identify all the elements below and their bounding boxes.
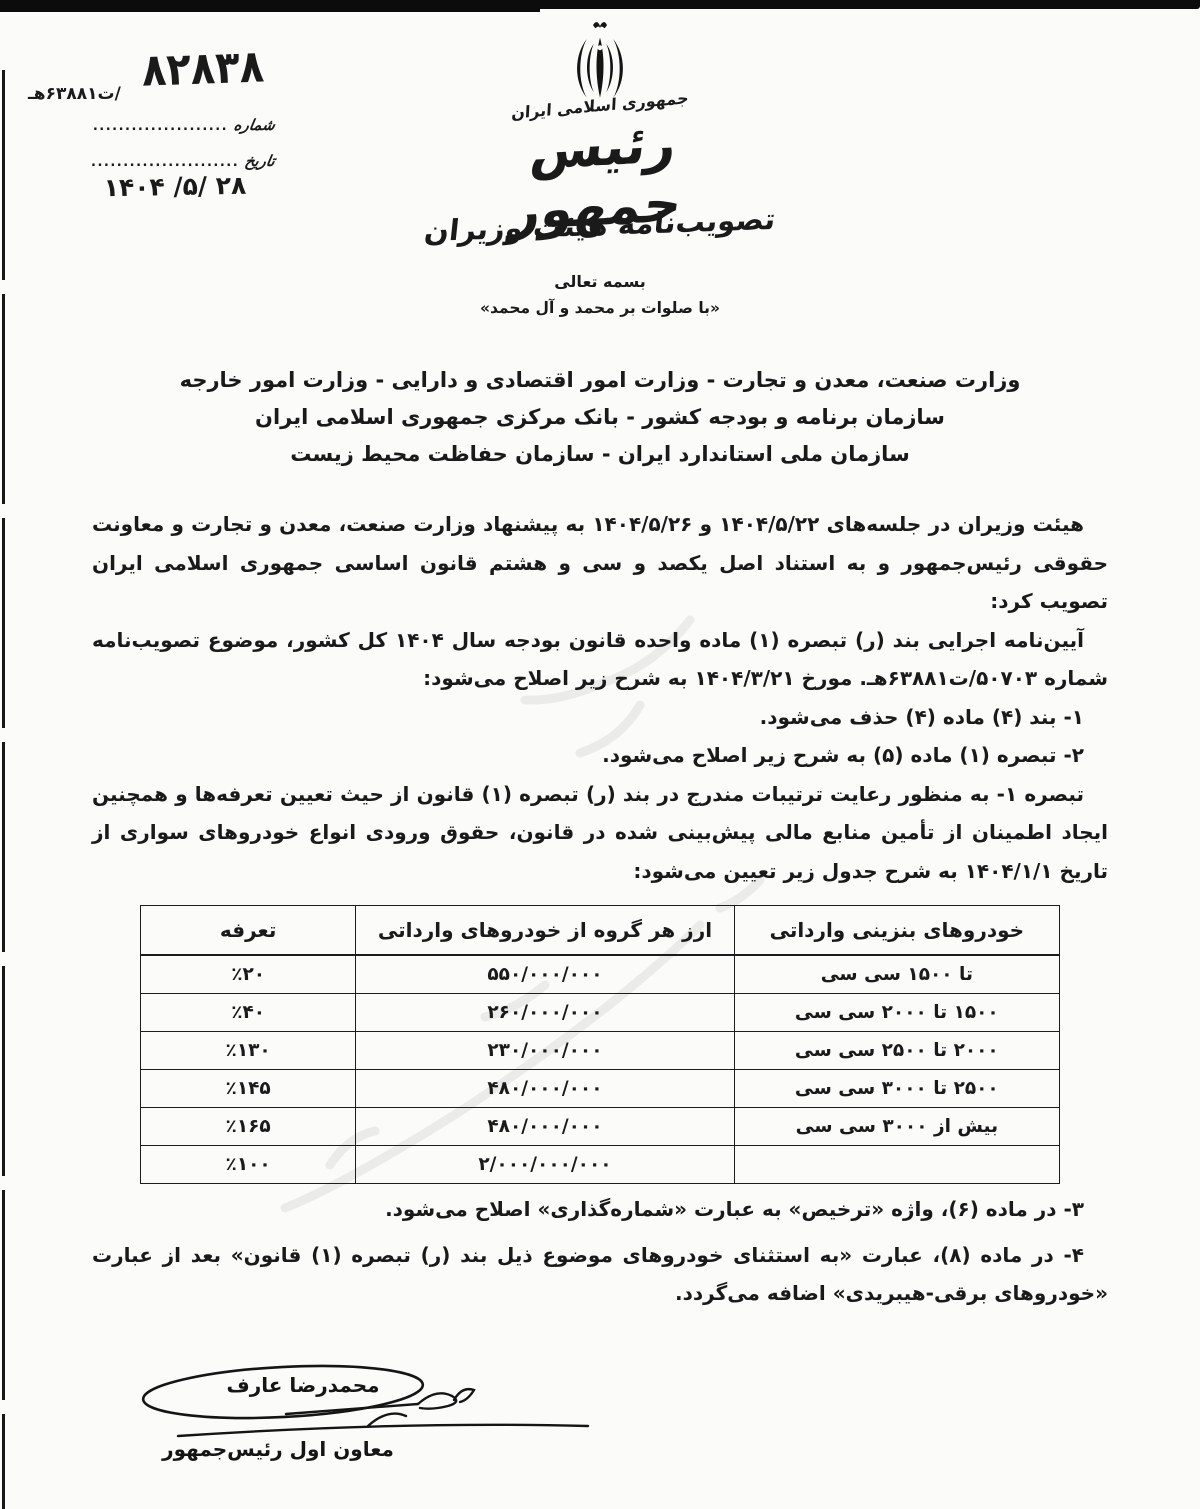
- scan-edge-top-2: [0, 9, 540, 12]
- date-field: تاریخ ........................: [90, 152, 275, 170]
- cell-currency: ۴۸۰/۰۰۰/۰۰۰: [356, 1070, 734, 1108]
- decree-document-page: جمهوری اسلامی ایران رئیس جمهور تصویب‌نام…: [0, 0, 1200, 1509]
- cell-currency: ۴۸۰/۰۰۰/۰۰۰: [356, 1108, 734, 1146]
- cell-tariff: ٪۱۳۰: [141, 1032, 356, 1070]
- table-row: ۲/۰۰۰/۰۰۰/۰۰۰٪۱۰۰: [141, 1146, 1060, 1184]
- cell-category: [734, 1146, 1059, 1184]
- handwritten-date: ۱۴۰۴ /۵/ ۲۸: [100, 171, 250, 203]
- decree-body-text: هیئت وزیران در جلسه‌های ۱۴۰۴/۵/۲۲ و ۱۴۰۴…: [92, 505, 1108, 890]
- cell-tariff: ٪۲۰: [141, 955, 356, 994]
- cell-currency: ۵۵۰/۰۰۰/۰۰۰: [356, 955, 734, 994]
- handwritten-ref-number: ۸۲۸۳۸: [127, 41, 279, 98]
- cell-tariff: ٪۱۶۵: [141, 1108, 356, 1146]
- cell-currency: ۲۶۰/۰۰۰/۰۰۰: [356, 994, 734, 1032]
- signature-block: محمدرضا عارف معاون اول رئیس‌جمهور: [118, 1352, 658, 1492]
- cell-tariff: ٪۴۰: [141, 994, 356, 1032]
- cell-category: بیش از ۳۰۰۰ سی سی: [734, 1108, 1059, 1146]
- scan-edge-top: [0, 0, 1200, 9]
- table-row: ۱۵۰۰ تا ۲۰۰۰ سی سی۲۶۰/۰۰۰/۰۰۰٪۴۰: [141, 994, 1060, 1032]
- signer-title: معاون اول رئیس‌جمهور: [161, 1437, 394, 1461]
- table-row: تا ۱۵۰۰ سی سی۵۵۰/۰۰۰/۰۰۰٪۲۰: [141, 955, 1060, 994]
- cell-category: تا ۱۵۰۰ سی سی: [734, 955, 1059, 994]
- table-row: ۲۰۰۰ تا ۲۵۰۰ سی سی۲۳۰/۰۰۰/۰۰۰٪۱۳۰: [141, 1032, 1060, 1070]
- cell-currency: ۲۳۰/۰۰۰/۰۰۰: [356, 1032, 734, 1070]
- clause-3: ۳- در ماده (۶)، واژه «ترخیص» به عبارت «ش…: [92, 1190, 1108, 1229]
- ref-number-suffix: /ت۶۳۸۸۱هـ: [28, 84, 143, 104]
- table-header-row: خودروهای بنزینی وارداتی ارز هر گروه از خ…: [141, 906, 1060, 956]
- date-dotted-line: ........................: [90, 155, 239, 170]
- cell-category: ۱۵۰۰ تا ۲۰۰۰ سی سی: [734, 994, 1059, 1032]
- number-field: شماره ........................: [90, 116, 275, 134]
- column-header-currency: ارز هر گروه از خودروهای وارداتی: [356, 906, 734, 956]
- tariff-table-body: تا ۱۵۰۰ سی سی۵۵۰/۰۰۰/۰۰۰٪۲۰۱۵۰۰ تا ۲۰۰۰ …: [141, 955, 1060, 1184]
- cell-category: ۲۰۰۰ تا ۲۵۰۰ سی سی: [734, 1032, 1059, 1070]
- cell-currency: ۲/۰۰۰/۰۰۰/۰۰۰: [356, 1146, 734, 1184]
- recipients-block: وزارت صنعت، معدن و تجارت - وزارت امور اق…: [100, 362, 1100, 473]
- signer-name: محمدرضا عارف: [227, 1373, 380, 1397]
- column-header-category: خودروهای بنزینی وارداتی: [734, 906, 1059, 956]
- decree-body-text-2: ۳- در ماده (۶)، واژه «ترخیص» به عبارت «ش…: [92, 1190, 1108, 1313]
- clause-4: ۴- در ماده (۸)، عبارت «به استثنای خودروه…: [92, 1236, 1108, 1313]
- note-1: تبصره ۱- به منظور رعایت ترتیبات مندرج در…: [92, 775, 1108, 891]
- column-header-tariff: تعرفه: [141, 906, 356, 956]
- cell-tariff: ٪۱۴۵: [141, 1070, 356, 1108]
- table-row: بیش از ۳۰۰۰ سی سی۴۸۰/۰۰۰/۰۰۰٪۱۶۵: [141, 1108, 1060, 1146]
- iran-national-emblem-icon: [558, 22, 642, 100]
- number-label: شماره: [232, 116, 276, 134]
- table-row: ۲۵۰۰ تا ۳۰۰۰ سی سی۴۸۰/۰۰۰/۰۰۰٪۱۴۵: [141, 1070, 1060, 1108]
- cell-tariff: ٪۱۰۰: [141, 1146, 356, 1184]
- date-label: تاریخ: [244, 152, 277, 170]
- recipient-line: سازمان برنامه و بودجه کشور - بانک مرکزی …: [100, 399, 1100, 436]
- number-dotted-line: ........................: [90, 119, 228, 134]
- clause-1: ۱- بند (۴) ماده (۴) حذف می‌شود.: [92, 698, 1108, 737]
- salawat-line: «با صلوات بر محمد و آل محمد»: [450, 299, 750, 317]
- basmala-line: بسمه تعالی: [500, 272, 700, 291]
- scan-edge-left: [2, 70, 5, 1509]
- cell-category: ۲۵۰۰ تا ۳۰۰۰ سی سی: [734, 1070, 1059, 1108]
- paragraph-preamble: هیئت وزیران در جلسه‌های ۱۴۰۴/۵/۲۲ و ۱۴۰۴…: [92, 505, 1108, 621]
- recipient-line: سازمان ملی استاندارد ایران - سازمان حفاظ…: [100, 436, 1100, 473]
- paragraph-amendment-intro: آیین‌نامه اجرایی بند (ر) تبصره (۱) ماده …: [92, 621, 1108, 698]
- recipient-line: وزارت صنعت، معدن و تجارت - وزارت امور اق…: [100, 362, 1100, 399]
- tariff-table: خودروهای بنزینی وارداتی ارز هر گروه از خ…: [140, 905, 1060, 1184]
- clause-2: ۲- تبصره (۱) ماده (۵) به شرح زیر اصلاح م…: [92, 736, 1108, 775]
